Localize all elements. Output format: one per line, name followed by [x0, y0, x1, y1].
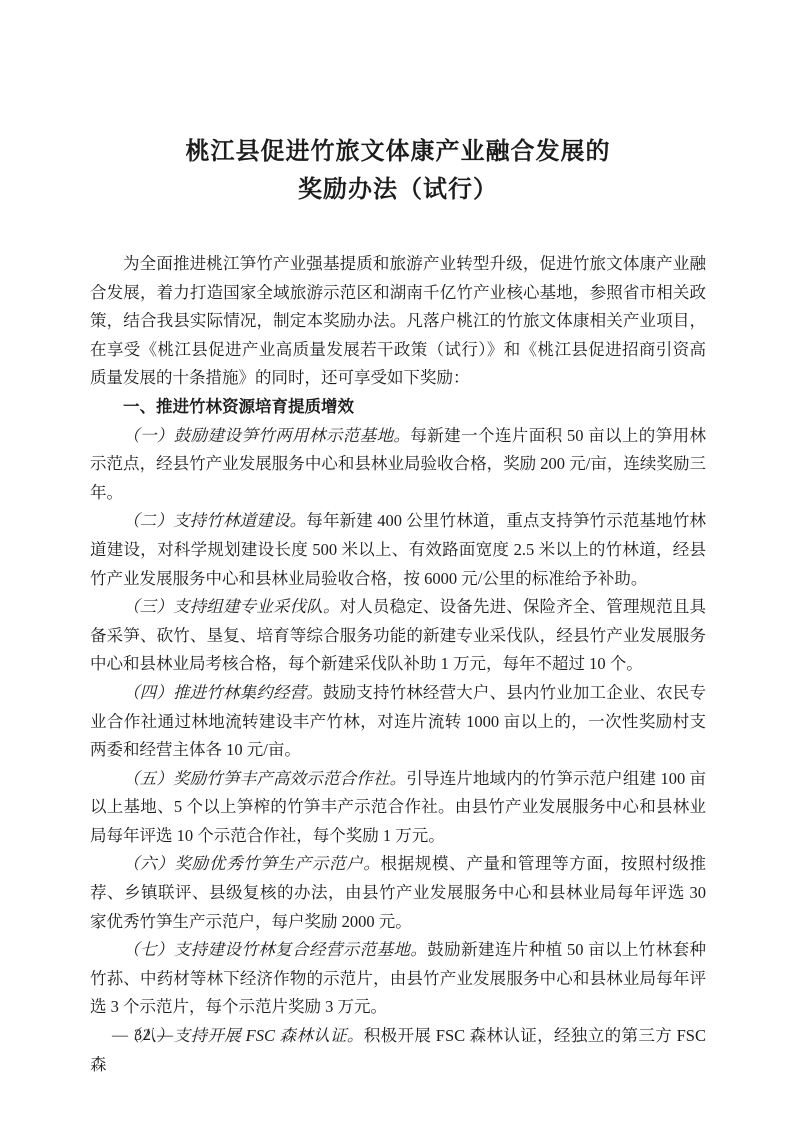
reward-item-1: （一）鼓励建设笋竹两用林示范基地。每新建一个连片面积 50 亩以上的笋用林示范点… — [90, 422, 706, 508]
intro-paragraph: 为全面推进桃江笋竹产业强基提质和旅游产业转型升级，促进竹旅文体康产业融合发展，着… — [90, 250, 706, 393]
title-line-2: 奖励办法（试行） — [90, 171, 706, 209]
reward-item-5: （五）奖励竹笋丰产高效示范合作社。引导连片地域内的竹笋示范户组建 100 亩以上… — [90, 765, 706, 851]
reward-item-8: （八）支持开展 FSC 森林认证。积极开展 FSC 森林认证，经独立的第三方 F… — [90, 1022, 706, 1079]
page-footer: — 32 — — [112, 1026, 174, 1046]
page-content: 桃江县促进竹旅文体康产业融合发展的 奖励办法（试行） 为全面推进桃江笋竹产业强基… — [90, 0, 706, 1079]
page-number: — 32 — — [112, 1027, 174, 1044]
reward-item-2-lead: （二）支持竹林道建设。 — [123, 511, 306, 530]
reward-item-1-lead: （一）鼓励建设笋竹两用林示范基地。 — [123, 426, 410, 445]
reward-item-6-lead: （六）奖励优秀竹笋生产示范户。 — [123, 854, 381, 873]
reward-item-3: （三）支持组建专业采伐队。对人员稳定、设备先进、保险齐全、管理规范且具备采笋、砍… — [90, 593, 706, 679]
reward-item-7: （七）支持建设竹林复合经营示范基地。鼓励新建连片种植 50 亩以上竹林套种竹荪、… — [90, 936, 706, 1022]
reward-item-7-lead: （七）支持建设竹林复合经营示范基地。 — [123, 940, 427, 959]
document-title: 桃江县促进竹旅文体康产业融合发展的 奖励办法（试行） — [90, 133, 706, 209]
reward-item-5-lead: （五）奖励竹笋丰产高效示范合作社。 — [123, 769, 406, 788]
reward-item-6: （六）奖励优秀竹笋生产示范户。根据规模、产量和管理等方面，按照村级推荐、乡镇联评… — [90, 850, 706, 936]
reward-item-4-lead: （四）推进竹林集约经营。 — [123, 683, 323, 702]
section-heading-1: 一、推进竹林资源培育提质增效 — [90, 393, 706, 422]
document-body: 为全面推进桃江笋竹产业强基提质和旅游产业转型升级，促进竹旅文体康产业融合发展，着… — [90, 250, 706, 1079]
document-page: 桃江县促进竹旅文体康产业融合发展的 奖励办法（试行） 为全面推进桃江笋竹产业强基… — [0, 0, 793, 1122]
reward-item-3-lead: （三）支持组建专业采伐队。 — [123, 597, 340, 616]
reward-item-2: （二）支持竹林道建设。每年新建 400 公里竹林道，重点支持笋竹示范基地竹林道建… — [90, 507, 706, 593]
title-line-1: 桃江县促进竹旅文体康产业融合发展的 — [90, 133, 706, 171]
reward-item-4: （四）推进竹林集约经营。鼓励支持竹林经营大户、县内竹业加工企业、农民专业合作社通… — [90, 679, 706, 765]
